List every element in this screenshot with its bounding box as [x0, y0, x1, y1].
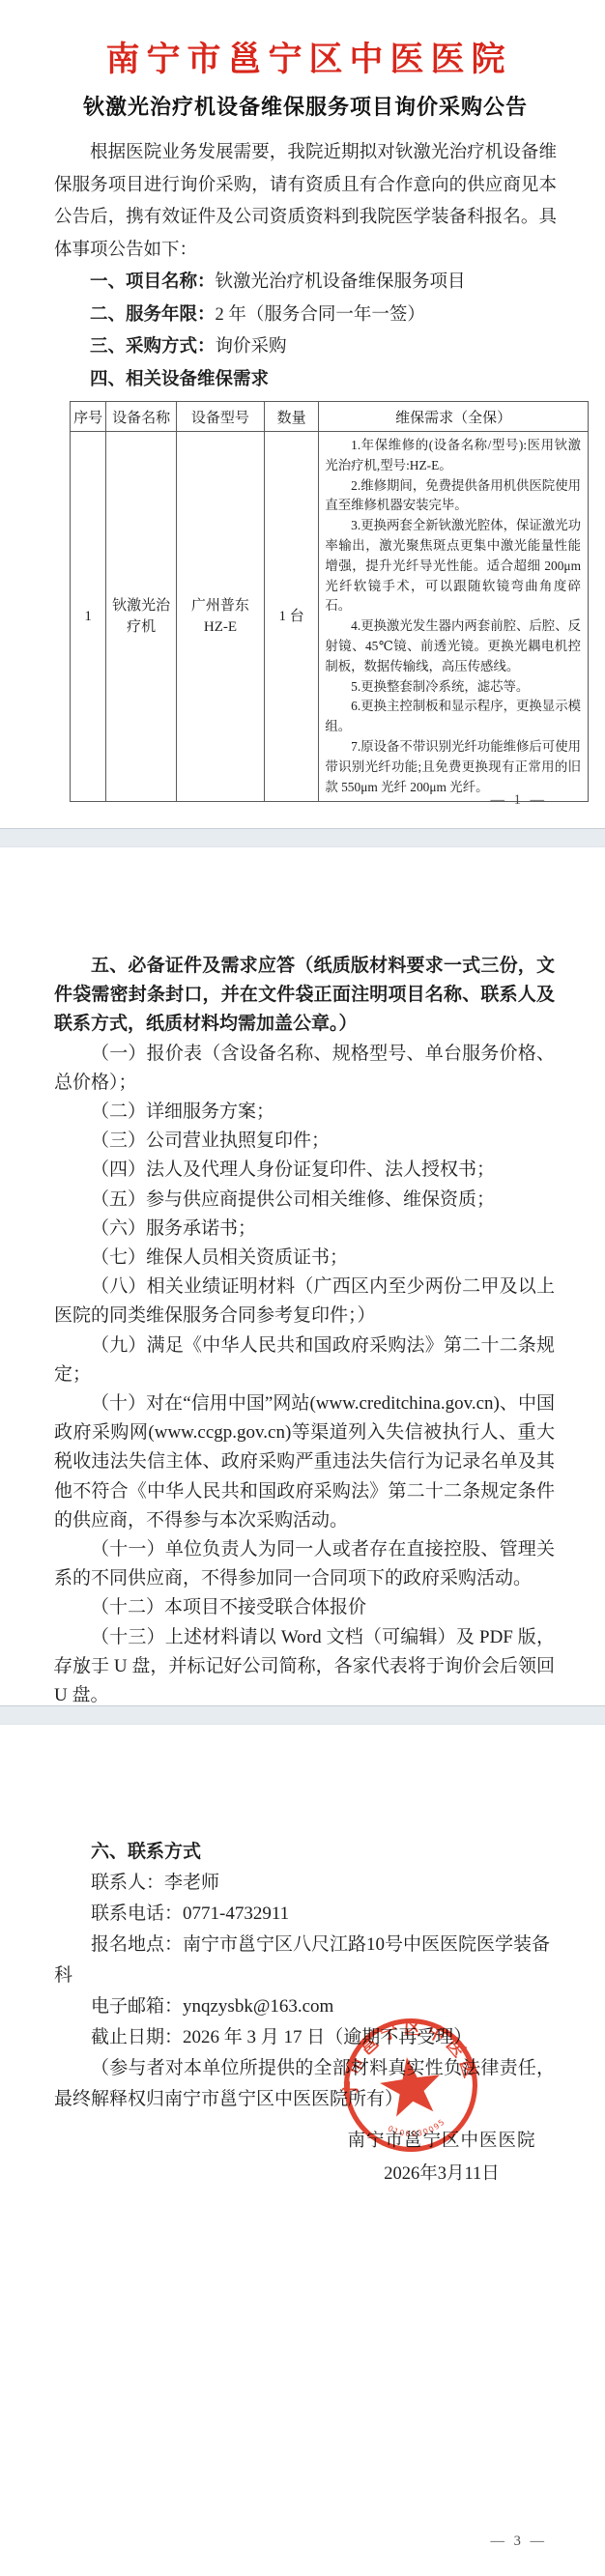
requirement-item: 3.更换两套全新钬激光腔体，保证激光功率输出，激光聚焦斑点更集中激光能量性能增强… — [325, 516, 581, 616]
section-5-heading: 五、必备证件及需求应答（纸质版材料要求一式三份，文件袋需密封条封口，并在文件袋正… — [54, 952, 555, 1040]
list-item-4: （四）法人及代理人身份证复印件、法人授权书； — [54, 1156, 555, 1185]
page-separator — [0, 828, 605, 847]
table-header-row: 序号 设备名称 设备型号 数量 维保需求（全保） — [71, 402, 589, 432]
list-item-6: （六）服务承诺书； — [54, 1215, 555, 1244]
page-3: 六、联系方式 联系人：李老师 联系电话：0771-4732911 报名地点：南宁… — [0, 1725, 605, 2576]
header-quantity: 数量 — [264, 402, 319, 432]
page-number-2: — 2 — — [54, 1655, 111, 1684]
list-item-12: （十二）本项目不接受联合体报价 — [54, 1593, 555, 1622]
contact-phone: 联系电话：0771-4732911 — [54, 1899, 555, 1930]
section-3-procurement-method: 三、采购方式：询价采购 — [54, 331, 557, 364]
contact-person: 联系人：李老师 — [54, 1868, 555, 1899]
cell-device-name: 钬激光治疗机 — [106, 432, 177, 802]
page-number-3: — 3 — — [491, 2526, 548, 2557]
maintenance-requirements-table: 序号 设备名称 设备型号 数量 维保需求（全保） 1 钬激光治疗机 广州普东 H… — [70, 401, 589, 802]
section-6-heading: 六、联系方式 — [54, 1837, 555, 1868]
section-3-label: 三、采购方式： — [90, 337, 216, 357]
hospital-title: 南宁市邕宁区中医医院 — [54, 39, 557, 81]
signature-date: 2026年3月11日 — [340, 2158, 543, 2190]
document-viewer: 南宁市邕宁区中医医院 钬激光治疗机设备维保服务项目询价采购公告 根据医院业务发展… — [0, 0, 605, 2576]
contact-address: 报名地点：南宁市邕宁区八尺江路10号中医医院医学装备科 — [54, 1930, 555, 1991]
section-1-label: 一、项目名称： — [90, 272, 216, 292]
header-requirements: 维保需求（全保） — [319, 402, 589, 432]
cell-requirements: 1.年保维修的(设备名称/型号):医用钬激光治疗机,型号:HZ-E。 2.维修期… — [319, 432, 589, 802]
list-item-13: （十三）上述材料请以 Word 文档（可编辑）及 PDF 版，存放于 U 盘，并… — [54, 1623, 555, 1705]
list-item-8: （八）相关业绩证明材料（广西区内至少两份二甲及以上医院的同类维保服务合同参考复印… — [54, 1273, 555, 1331]
header-index: 序号 — [71, 402, 106, 432]
cell-index: 1 — [71, 432, 106, 802]
deadline: 截止日期：2026 年 3 月 17 日（逾期不再受理） — [54, 2022, 555, 2053]
table-row: 1 钬激光治疗机 广州普东 HZ-E 1 台 1.年保维修的(设备名称/型号):… — [71, 432, 589, 802]
header-device-model: 设备型号 — [177, 402, 265, 432]
contact-section: 六、联系方式 联系人：李老师 联系电话：0771-4732911 报名地点：南宁… — [54, 1837, 555, 2053]
requirement-item: 2.维修期间，免费提供备用机供医院使用直至维修机器安装完毕。 — [325, 476, 581, 517]
list-item-5: （五）参与供应商提供公司相关维修、维保资质； — [54, 1186, 555, 1215]
official-seal-stamp: 南宁市邕宁区中医医院 0100030095 — [331, 2006, 491, 2165]
list-item-2: （二）详细服务方案； — [54, 1098, 555, 1127]
requirement-item: 4.更换激光发生器内两套前腔、后腔、反射镜、45℃镜、前透光镜。更换光耦电机控制… — [325, 616, 581, 676]
list-item-9: （九）满足《中华人民共和国政府采购法》第二十二条规定； — [54, 1331, 555, 1389]
list-item-1: （一）报价表（含设备名称、规格型号、单台服务价格、总价格）； — [54, 1040, 555, 1098]
page-1: 南宁市邕宁区中医医院 钬激光治疗机设备维保服务项目询价采购公告 根据医院业务发展… — [0, 0, 605, 828]
list-item-3: （三）公司营业执照复印件； — [54, 1127, 555, 1156]
section-2-service-years: 二、服务年限：2 年（服务合同一年一签） — [54, 300, 557, 332]
page-separator — [0, 1705, 605, 1725]
section-2-label: 二、服务年限： — [90, 305, 216, 325]
section-1-project-name: 一、项目名称：钬激光治疗机设备维保服务项目 — [54, 267, 557, 300]
section-4-heading: 四、相关设备维保需求 — [54, 364, 557, 397]
svg-text:0100030095: 0100030095 — [386, 2116, 448, 2142]
intro-paragraph: 根据医院业务发展需要，我院近期拟对钬激光治疗机设备维保服务项目进行询价采购，请有… — [54, 137, 557, 267]
announcement-title: 钬激光治疗机设备维保服务项目询价采购公告 — [54, 93, 557, 122]
page1-body: 根据医院业务发展需要，我院近期拟对钬激光治疗机设备维保服务项目进行询价采购，请有… — [54, 137, 557, 396]
section-3-value: 询价采购 — [216, 337, 287, 357]
requirement-item: 5.更换整套制冷系统，滤芯等。 — [325, 677, 581, 698]
page-number-1: — 1 — — [491, 792, 548, 809]
contact-email: 电子邮箱：ynqzysbk@163.com — [54, 1991, 555, 2022]
list-item-10: （十）对在“信用中国”网站(www.creditchina.gov.cn)、中国… — [54, 1389, 555, 1535]
list-item-11: （十一）单位负责人为同一人或者存在直接控股、管理关系的不同供应商，不得参加同一合… — [54, 1535, 555, 1593]
section-2-value: 2 年（服务合同一年一签） — [216, 305, 425, 325]
list-item-7: （七）维保人员相关资质证书； — [54, 1244, 555, 1273]
header-device-name: 设备名称 — [106, 402, 177, 432]
requirement-item: 1.年保维修的(设备名称/型号):医用钬激光治疗机,型号:HZ-E。 — [325, 436, 581, 476]
seal-star-icon — [377, 2053, 445, 2119]
section-1-value: 钬激光治疗机设备维保服务项目 — [216, 272, 466, 292]
requirement-item: 7.原设备不带识别光纤功能维修后可使用带识别光纤功能;且免费更换现有正常用的旧款… — [325, 737, 581, 797]
cell-quantity: 1 台 — [264, 432, 319, 802]
page-2: 五、必备证件及需求应答（纸质版材料要求一式三份，文件袋需密封条封口，并在文件袋正… — [0, 847, 605, 1705]
requirement-item: 6.更换主控制板和显示程序，更换显示模组。 — [325, 697, 581, 737]
cell-device-model: 广州普东 HZ-E — [177, 432, 265, 802]
